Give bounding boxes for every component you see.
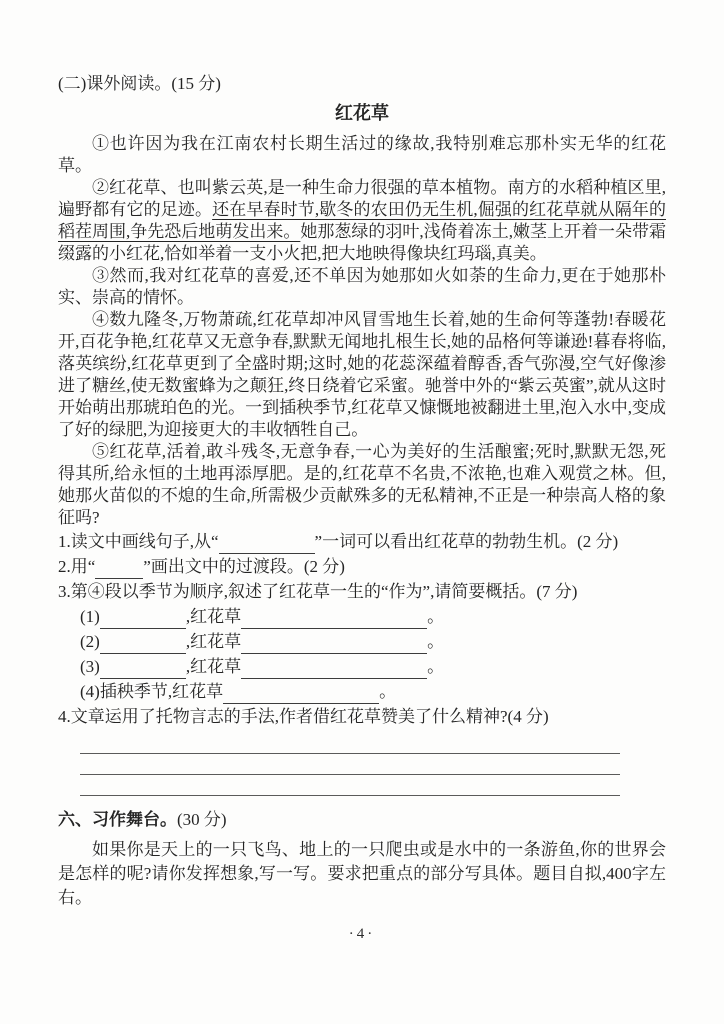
question-1-answer-blank[interactable] <box>219 536 315 554</box>
question-3-item-2: (2),红花草。 <box>58 629 666 654</box>
writing-heading-title: 六、习作舞台。 <box>58 810 177 829</box>
item-3-end: 。 <box>427 657 444 676</box>
question-4-answer-area <box>58 733 666 796</box>
question-3-item-1: (1),红花草。 <box>58 604 666 629</box>
item-2-label: (2) <box>80 632 100 651</box>
answer-line[interactable] <box>80 733 620 754</box>
item-3-blank-action[interactable] <box>241 661 427 679</box>
item-3-mid: ,红花草 <box>186 657 241 676</box>
exam-page: (二)课外阅读。(15 分) 红花草 ①也许因为我在江南农村长期生活过的缘故,我… <box>0 0 724 1024</box>
essay-title: 红花草 <box>58 99 666 125</box>
item-2-blank-action[interactable] <box>241 636 427 654</box>
question-3-item-3: (3),红花草。 <box>58 654 666 679</box>
essay-paragraph-4: ④数九隆冬,万物萧疏,红花草却冲风冒雪地生长着,她的生命何等蓬勃!春暖花开,百花… <box>58 309 666 441</box>
question-2: 2.用“”画出文中的过渡段。(2 分) <box>58 554 666 579</box>
item-4-prefix: (4)插秧季节,红花草 <box>80 682 223 701</box>
essay-paragraph-2: ②红花草、也叫紫云英,是一种生命力很强的草本植物。南方的水稻种植区里,遍野都有它… <box>58 177 666 265</box>
writing-section-heading: 六、习作舞台。(30 分) <box>58 808 666 832</box>
reading-section-heading: (二)课外阅读。(15 分) <box>58 72 666 95</box>
question-3-stem: 3.第④段以季节为顺序,叙述了红花草一生的“作为”,请简要概括。(7 分) <box>58 579 666 604</box>
page-number: ·4· <box>58 926 666 943</box>
item-1-mid: ,红花草 <box>186 607 241 626</box>
writing-heading-score: (30 分) <box>177 810 227 829</box>
item-3-blank-season[interactable] <box>100 661 186 679</box>
essay-paragraph-3: ③然而,我对红花草的喜爱,还不单因为她那如火如荼的生命力,更在于她那朴实、崇高的… <box>58 265 666 309</box>
item-2-blank-season[interactable] <box>100 636 186 654</box>
answer-line[interactable] <box>80 775 620 796</box>
item-3-label: (3) <box>80 657 100 676</box>
question-1-text: 1.读文中画线句子,从“ <box>58 532 219 551</box>
item-2-mid: ,红花草 <box>186 632 241 651</box>
item-4-end: 。 <box>379 682 396 701</box>
question-3-item-4: (4)插秧季节,红花草。 <box>58 679 666 704</box>
question-4-stem: 4.文章运用了托物言志的手法,作者借红花草赞美了什么精神?(4 分) <box>58 704 666 729</box>
item-1-blank-season[interactable] <box>100 611 186 629</box>
item-4-blank-action[interactable] <box>223 686 379 704</box>
item-2-end: 。 <box>427 632 444 651</box>
question-1-text-after: ”一词可以看出红花草的勃勃生机。(2 分) <box>315 532 619 551</box>
question-2-answer-blank[interactable] <box>95 561 143 579</box>
question-1: 1.读文中画线句子,从“”一词可以看出红花草的勃勃生机。(2 分) <box>58 529 666 554</box>
question-2-text: 2.用“ <box>58 557 95 576</box>
question-2-text-after: ”画出文中的过渡段。(2 分) <box>143 557 345 576</box>
essay-paragraph-1: ①也许因为我在江南农村长期生活过的缘故,我特别难忘那朴实无华的红花草。 <box>58 133 666 177</box>
item-1-end: 。 <box>427 607 444 626</box>
item-1-label: (1) <box>80 607 100 626</box>
answer-line[interactable] <box>80 754 620 775</box>
item-1-blank-action[interactable] <box>241 611 427 629</box>
essay-paragraph-5: ⑤红花草,活着,敢斗残冬,无意争春,一心为美好的生活酿蜜;死时,默默无怨,死得其… <box>58 441 666 529</box>
writing-prompt: 如果你是天上的一只飞鸟、地上的一只爬虫或是水中的一条游鱼,你的世界会是怎样的呢?… <box>58 838 666 910</box>
